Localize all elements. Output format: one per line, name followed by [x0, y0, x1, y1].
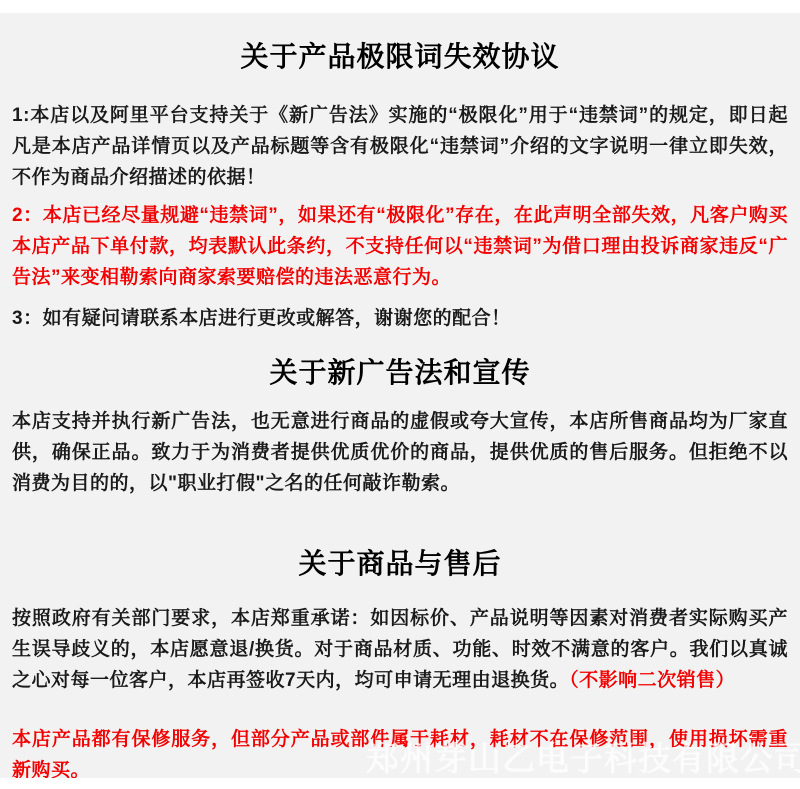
paragraph-warranty-consumables: 本店产品都有保修服务，但部分产品或部件属于耗材，耗材不在保修范围，使用损坏需重新… [12, 724, 788, 778]
section-title-goods-aftersales: 关于商品与售后 [12, 547, 788, 581]
return-policy-note-red: （不影响二次销售） [569, 670, 735, 691]
disclaimer-sheet: 关于产品极限词失效协议 1:本店以及阿里平台支持关于《新广告法》实施的“极限化”… [0, 13, 800, 778]
clause-2-no-extortion: 2：本店已经尽量规避“违禁词”，如果还有“极限化”存在，在此声明全部失效，凡客户… [12, 200, 788, 293]
section-title-extreme-words-agreement: 关于产品极限词失效协议 [12, 13, 788, 74]
paragraph-ad-law-statement: 本店支持并执行新广告法，也无意进行商品的虚假或夸大宣传，本店所售商品均为厂家直供… [12, 406, 788, 499]
section-title-new-ad-law: 关于新广告法和宣传 [12, 356, 788, 390]
clause-3-contact-store: 3：如有疑问请联系本店进行更改或解答，谢谢您的配合！ [12, 303, 788, 334]
clause-1-platform-rules: 1:本店以及阿里平台支持关于《新广告法》实施的“极限化”用于“违禁词”的规定，即… [12, 100, 788, 193]
paragraph-return-policy: 按照政府有关部门要求，本店郑重承诺：如因标价、产品说明等因素对消费者实际购买产生… [12, 603, 788, 696]
